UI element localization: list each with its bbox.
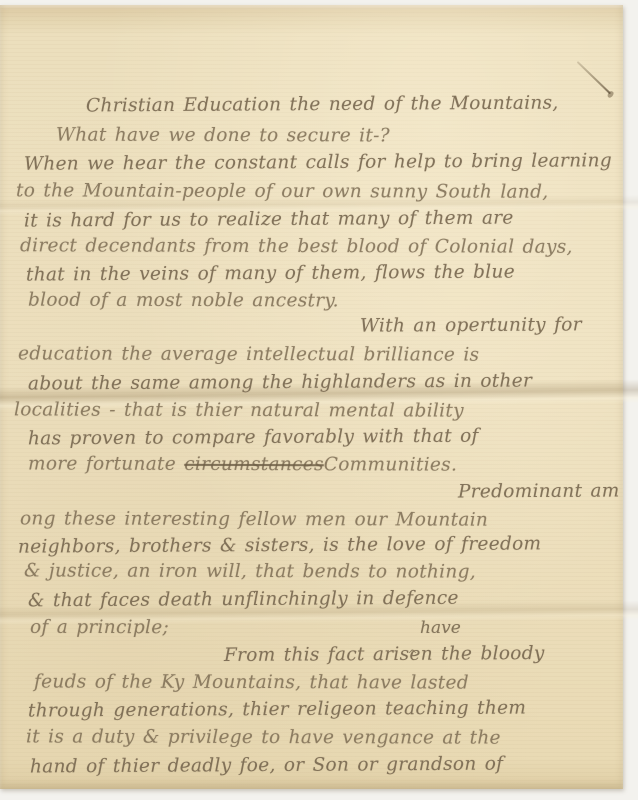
scanned-manuscript-page: { "page": { "description": "Aged handwri… bbox=[0, 0, 638, 800]
pencil-slash-mark-icon bbox=[577, 61, 611, 94]
manuscript-line: blood of a most noble ancestry. bbox=[28, 291, 339, 312]
manuscript-line: neighbors, brothers & sisters, is the lo… bbox=[18, 534, 541, 558]
manuscript-line: that in the veins of many of them, flows… bbox=[26, 263, 515, 286]
manuscript-line: feuds of the Ky Mountains, that have las… bbox=[34, 672, 469, 693]
manuscript-line: through generations, thier religeon teac… bbox=[28, 698, 526, 721]
manuscript-line: it is hard for us to realize that many o… bbox=[24, 209, 514, 232]
inserted-word-above-line: have bbox=[420, 618, 461, 638]
manuscript-line: When we hear the constant calls for help… bbox=[24, 151, 612, 175]
manuscript-line: Predominant am bbox=[458, 482, 620, 503]
manuscript-line: With an opertunity for bbox=[360, 315, 582, 337]
manuscript-line: of a principle; bbox=[30, 618, 169, 639]
subtitle-line: What have we done to secure it-? bbox=[56, 126, 390, 147]
title-line: Christian Education the need of the Moun… bbox=[86, 94, 559, 117]
strike-post-text: Communities. bbox=[324, 454, 457, 475]
insertion-caret-icon: ^ bbox=[407, 648, 418, 663]
manuscript-line: localities - that is thier natural menta… bbox=[14, 400, 464, 422]
manuscript-line-with-strikethrough: more fortunate circumstancesCommunities. bbox=[28, 454, 457, 475]
manuscript-line: has proven to compare favorably with tha… bbox=[28, 427, 479, 450]
manuscript-line: to the Mountain-people of our own sunny … bbox=[16, 181, 548, 203]
manuscript-line: education the average intellectual brill… bbox=[18, 344, 479, 366]
struck-word: circumstances bbox=[184, 454, 324, 475]
strike-pre-text: more fortunate bbox=[28, 453, 184, 474]
manuscript-line: From this fact arisen the bloody bbox=[224, 644, 545, 666]
manuscript-line: direct decendants from the best blood of… bbox=[20, 236, 573, 258]
manuscript-line: it is a duty & privilege to have venganc… bbox=[26, 727, 501, 749]
manuscript-line: & justice, an iron will, that bends to n… bbox=[24, 561, 476, 583]
manuscript-line: & that faces death unflinchingly in defe… bbox=[28, 589, 459, 612]
manuscript-line: about the same among the highlanders as … bbox=[28, 371, 532, 394]
manuscript-line: ong these interesting fellow men our Mou… bbox=[20, 509, 488, 531]
manuscript-line: hand of thier deadly foe, or Son or gran… bbox=[30, 755, 503, 778]
